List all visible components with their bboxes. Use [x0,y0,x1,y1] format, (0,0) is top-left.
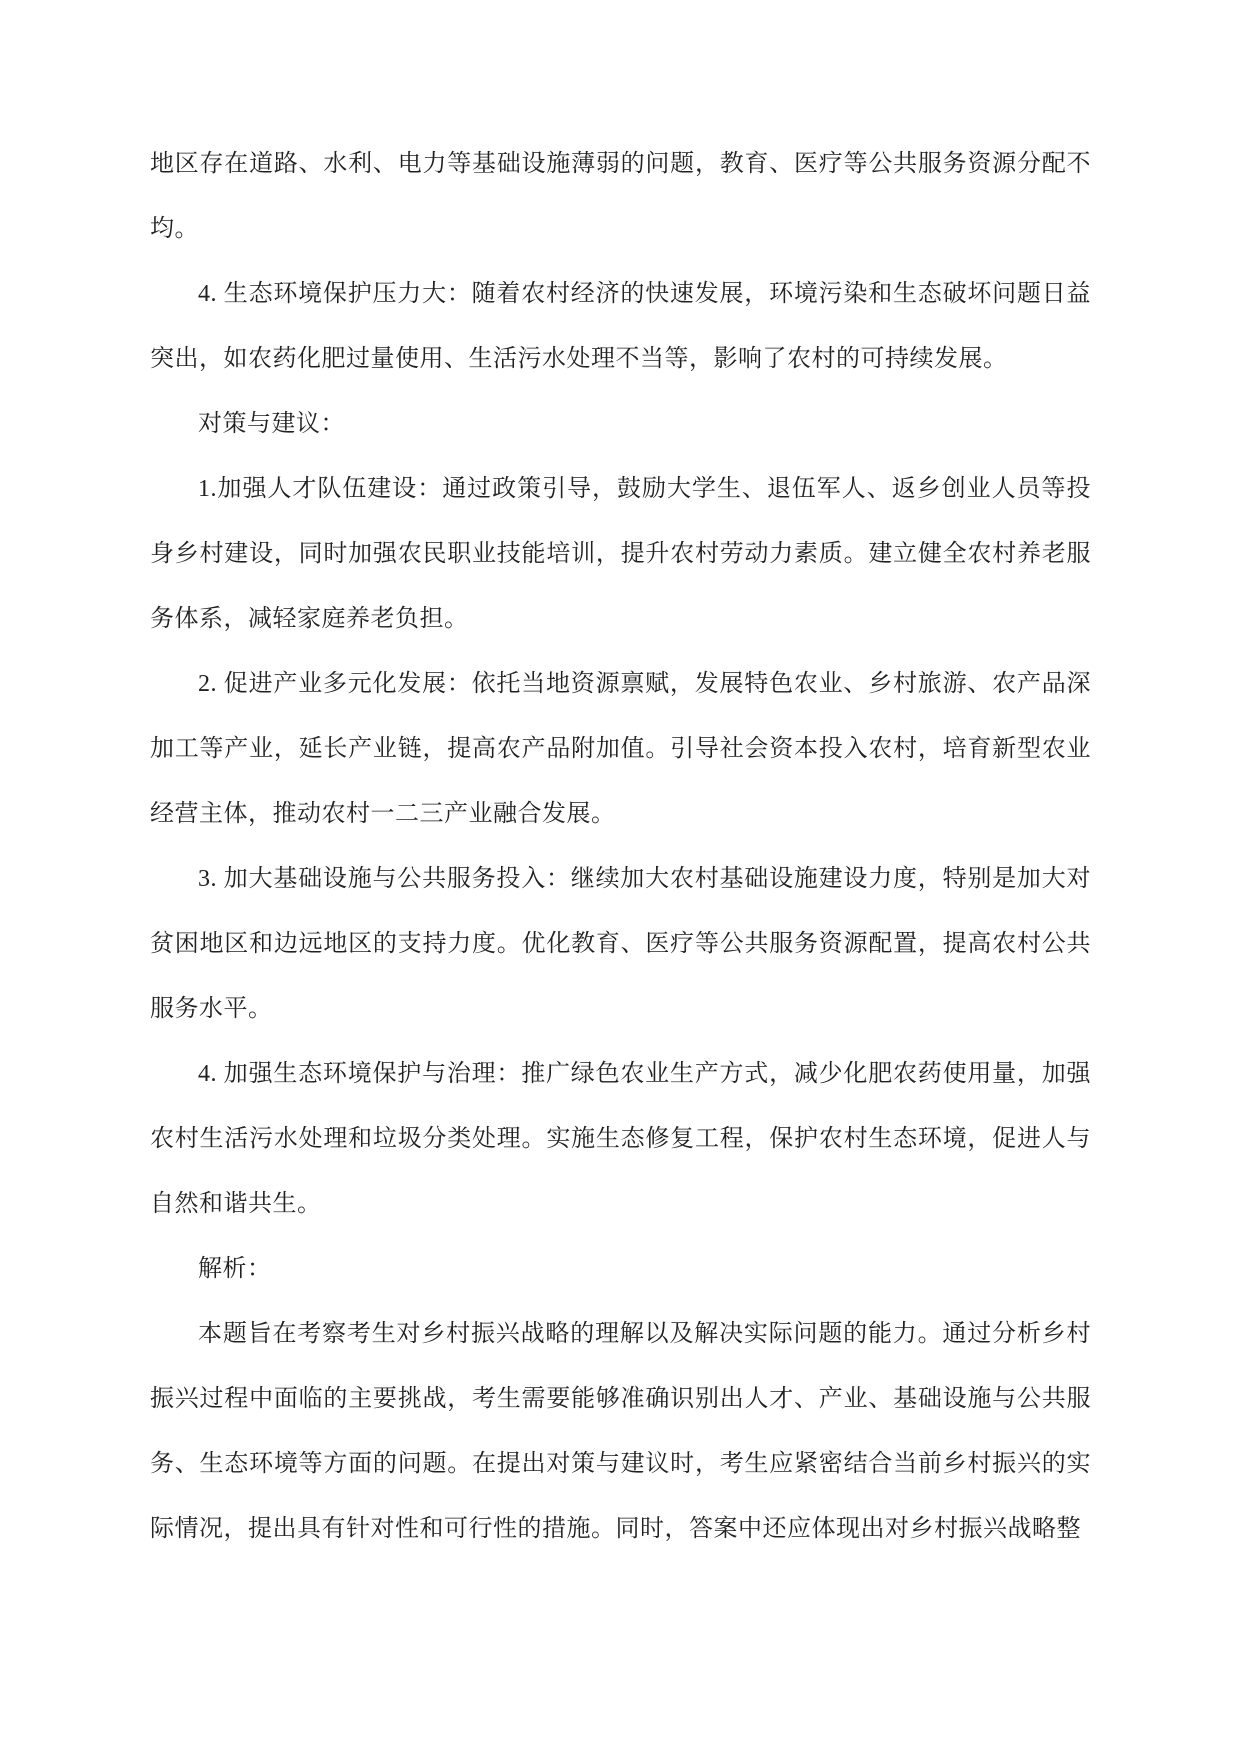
paragraph-suggestion-3: 3. 加大基础设施与公共服务投入：继续加大农村基础设施建设力度，特别是加大对贫困… [150,847,1091,1042]
paragraph-analysis-body: 本题旨在考察考生对乡村振兴战略的理解以及解决实际问题的能力。通过分析乡村振兴过程… [150,1302,1091,1562]
paragraph-challenge-4: 4. 生态环境保护压力大：随着农村经济的快速发展，环境污染和生态破坏问题日益突出… [150,262,1091,392]
document-page: 地区存在道路、水利、电力等基础设施薄弱的问题，教育、医疗等公共服务资源分配不均。… [0,0,1241,1754]
heading-countermeasures: 对策与建议： [150,392,1091,457]
document-body: 地区存在道路、水利、电力等基础设施薄弱的问题，教育、医疗等公共服务资源分配不均。… [150,132,1091,1562]
paragraph-suggestion-1: 1.加强人才队伍建设：通过政策引导，鼓励大学生、退伍军人、返乡创业人员等投身乡村… [150,457,1091,652]
paragraph-suggestion-2: 2. 促进产业多元化发展：依托当地资源禀赋，发展特色农业、乡村旅游、农产品深加工… [150,652,1091,847]
paragraph-suggestion-4: 4. 加强生态环境保护与治理：推广绿色农业生产方式，减少化肥农药使用量，加强农村… [150,1042,1091,1237]
heading-analysis: 解析： [150,1237,1091,1302]
paragraph-continuation: 地区存在道路、水利、电力等基础设施薄弱的问题，教育、医疗等公共服务资源分配不均。 [150,132,1091,262]
